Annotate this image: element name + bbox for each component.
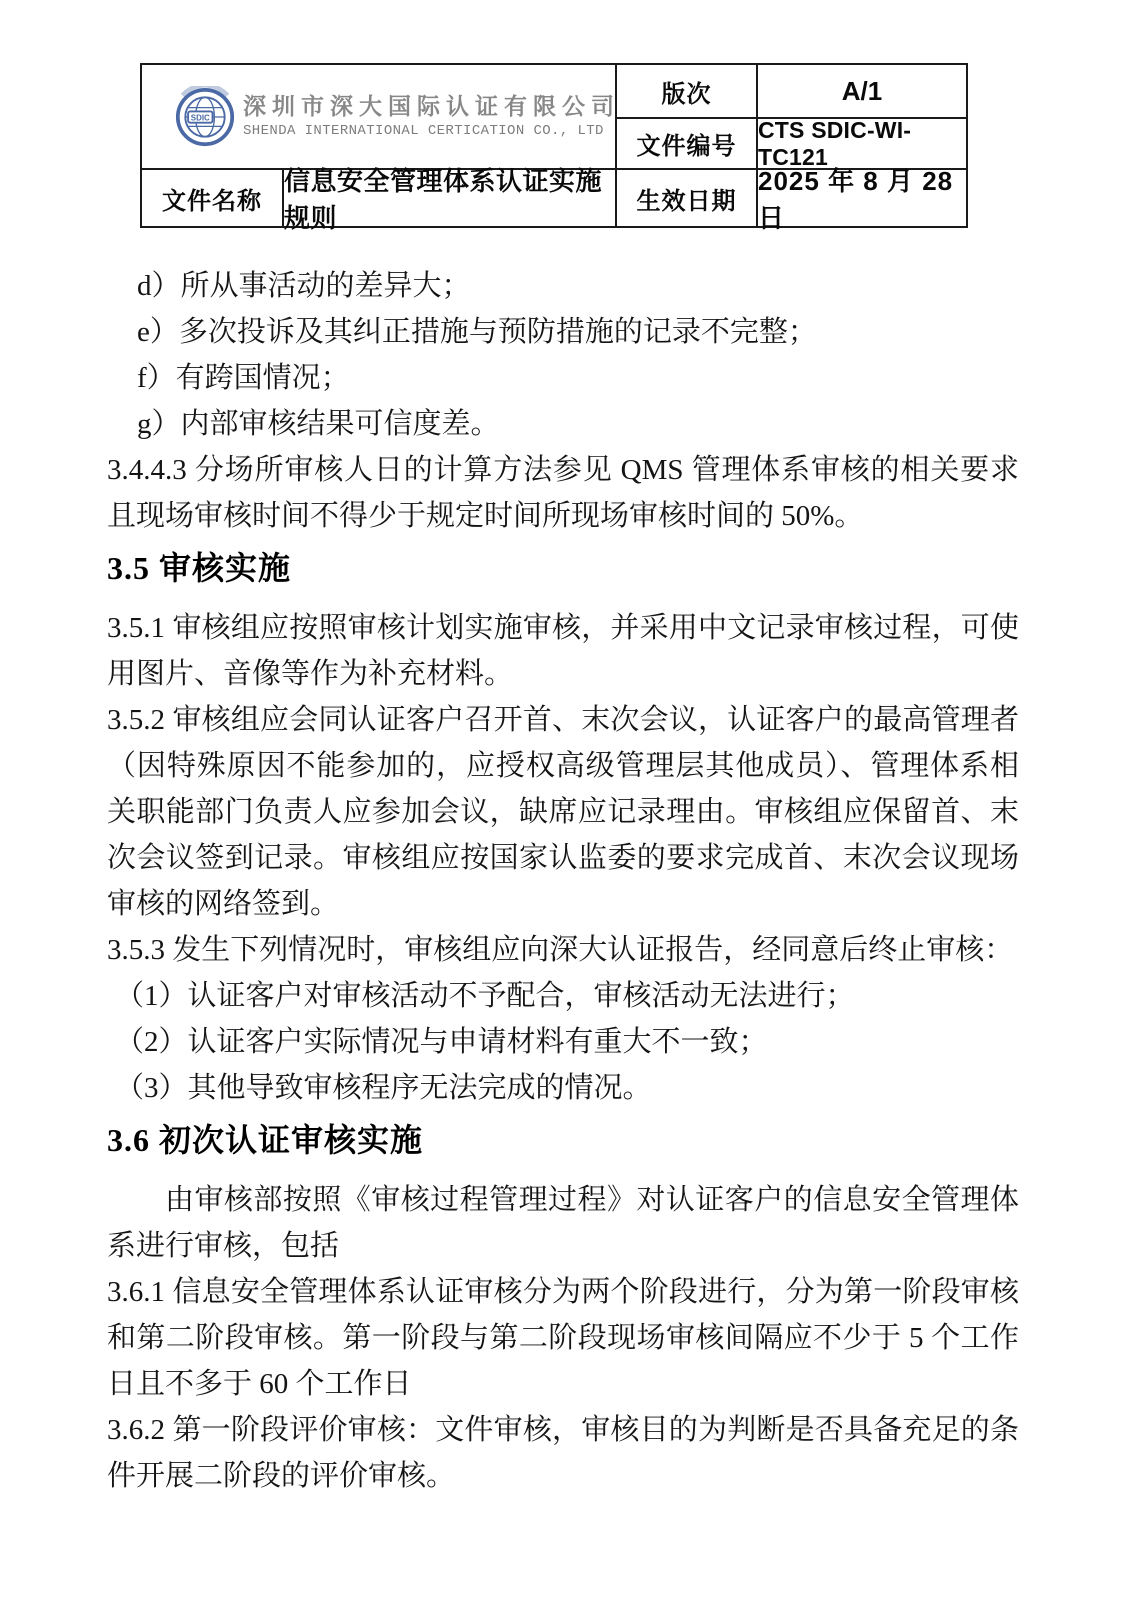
clause-3-6-intro: 由审核部按照《审核过程管理过程》对认证客户的信息安全管理体系进行审核，包括	[107, 1177, 1019, 1269]
clause-3-6-2: 3.6.2 第一阶段评价审核：文件审核，审核目的为判断是否具备充足的条件开展二阶…	[107, 1407, 1019, 1499]
version-value: A/1	[758, 65, 966, 119]
section-heading-3-6: 3.6 初次认证审核实施	[107, 1117, 1019, 1163]
document-header-table: SDIC 深圳市深大国际认证有限公司 SHENDA INTERNATIONAL …	[140, 63, 968, 228]
clause-3-6-1: 3.6.1 信息安全管理体系认证审核分为两个阶段进行，分为第一阶段审核和第二阶段…	[107, 1269, 1019, 1407]
company-name-cn: 深圳市深大国际认证有限公司	[243, 94, 620, 120]
effective-date-value: 2025 年 8 月 28 日	[758, 170, 966, 226]
svg-text:SDIC: SDIC	[191, 113, 210, 122]
effective-date-label: 生效日期	[617, 170, 758, 226]
company-name-en: SHENDA INTERNATIONAL CERTICATION CO., LT…	[243, 123, 620, 139]
company-logo-block: SDIC 深圳市深大国际认证有限公司 SHENDA INTERNATIONAL …	[175, 86, 620, 148]
doc-name-value: 信息安全管理体系认证实施规则	[284, 170, 617, 226]
list-item-g: g）内部审核结果可信度差。	[107, 401, 1019, 447]
clause-3-5-1: 3.5.1 审核组应按照审核计划实施审核，并采用中文记录审核过程，可使用图片、音…	[107, 605, 1019, 697]
section-heading-3-5: 3.5 审核实施	[107, 545, 1019, 591]
list-item-3: （3）其他导致审核程序无法完成的情况。	[107, 1065, 1019, 1111]
doc-name-label: 文件名称	[142, 170, 284, 226]
list-item-d: d）所从事活动的差异大；	[107, 263, 1019, 309]
version-label: 版次	[617, 65, 758, 119]
document-body: d）所从事活动的差异大； e）多次投诉及其纠正措施与预防措施的记录不完整； f）…	[107, 263, 1019, 1499]
list-item-2: （2）认证客户实际情况与申请材料有重大不一致；	[107, 1019, 1019, 1065]
list-item-f: f）有跨国情况；	[107, 355, 1019, 401]
list-item-e: e）多次投诉及其纠正措施与预防措施的记录不完整；	[107, 309, 1019, 355]
clause-3-4-4-3: 3.4.4.3 分场所审核人日的计算方法参见 QMS 管理体系审核的相关要求且现…	[107, 447, 1019, 539]
company-names: 深圳市深大国际认证有限公司 SHENDA INTERNATIONAL CERTI…	[243, 94, 620, 140]
list-item-1: （1）认证客户对审核活动不予配合，审核活动无法进行；	[107, 973, 1019, 1019]
doc-number-label: 文件编号	[617, 119, 758, 170]
clause-3-5-2: 3.5.2 审核组应会同认证客户召开首、末次会议，认证客户的最高管理者（因特殊原…	[107, 697, 1019, 927]
clause-3-5-3: 3.5.3 发生下列情况时，审核组应向深大认证报告，经同意后终止审核：	[107, 927, 1019, 973]
company-logo-cell: SDIC 深圳市深大国际认证有限公司 SHENDA INTERNATIONAL …	[142, 65, 617, 170]
sdic-logo-icon: SDIC	[175, 86, 235, 148]
